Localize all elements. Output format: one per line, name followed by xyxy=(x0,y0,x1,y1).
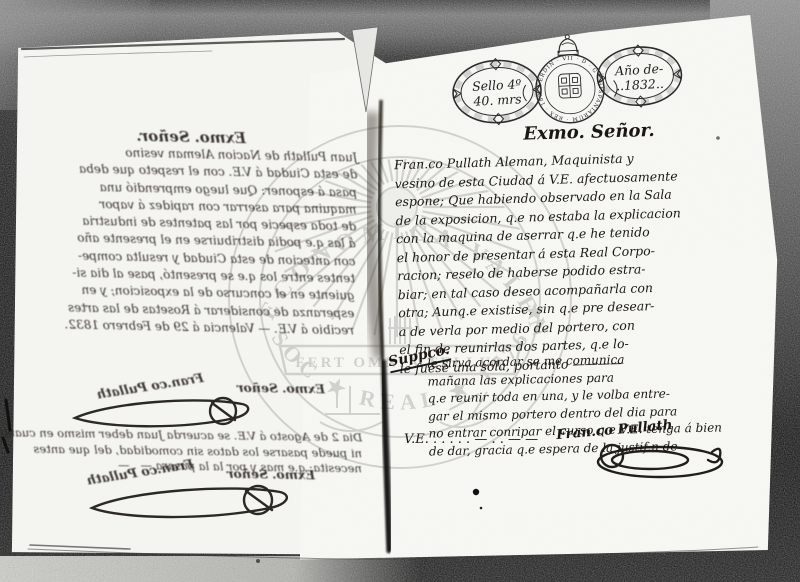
stamp-right-oval: Año de- ..1832.. xyxy=(596,43,683,109)
signature-label: Exmo. Señor xyxy=(237,380,325,397)
revenue-stamp-1832: Sello 4º 40. mrs Año de- ..1832.. xyxy=(437,27,693,152)
coat-of-arms xyxy=(558,73,581,98)
bleedthrough-text-block: Exmo. Señor. Juan Pullath de Nacion Alem… xyxy=(20,125,358,340)
signature-label: Exmo. Señor xyxy=(227,466,315,483)
bleedthrough-body: Juan Pullath de Nacion Aleman vesinode e… xyxy=(20,143,358,340)
stamp-year-value: ..1832.. xyxy=(616,76,664,93)
scanned-manuscript: ECONOMICA VALENCIANA SOC ★ REAL ★ 1776 ★… xyxy=(0,0,800,582)
stamp-denomination-value: 40. mrs xyxy=(472,91,522,109)
valediction: V.E. . . . . . — . . — — xyxy=(404,432,538,447)
petition-body: Fran.co Pullath Aleman, Maquinista yvesi… xyxy=(394,146,772,378)
bottom-paper-strip xyxy=(0,556,420,582)
stamp-left-oval: Sello 4º 40. mrs xyxy=(451,56,542,127)
crown-icon xyxy=(557,34,578,55)
